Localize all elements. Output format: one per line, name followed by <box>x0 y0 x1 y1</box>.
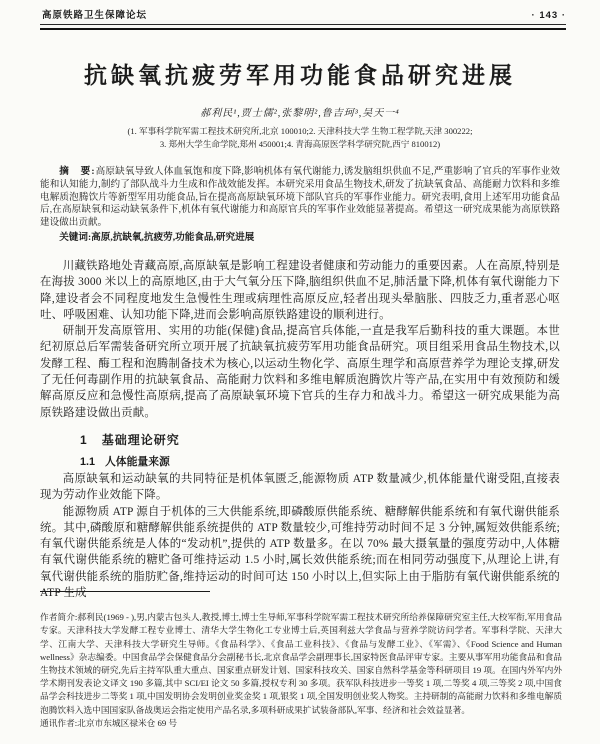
header-forum-title: 高原铁路卫生保障论坛 <box>42 7 147 21</box>
abstract-label: 摘 要: <box>59 166 95 177</box>
section-1-1-number: 1.1 <box>80 456 95 468</box>
scanned-paper-page: 高原铁路卫生保障论坛 · 143 · 抗缺氧抗疲劳军用功能食品研究进展 郝利民¹… <box>0 0 600 744</box>
author-line: 郝利民¹,贾士儒²,张黎明²,鲁吉珂³,吴天一⁴ <box>40 104 560 119</box>
article-body: 川藏铁路地处青藏高原,高原缺氧是影响工程建设者健康和劳动能力的重要因素。人在高原… <box>40 258 560 601</box>
body-paragraph-4: 能源物质 ATP 源自于机体的三大供能系统,即磷酸原供能系统、糖酵解供能系统和有… <box>40 504 560 602</box>
page-header: 高原铁路卫生保障论坛 · 143 · <box>0 0 600 21</box>
section-1-number: 1 <box>80 433 88 447</box>
article-title: 抗缺氧抗疲劳军用功能食品研究进展 <box>40 57 560 90</box>
footnote-divider-rule <box>40 591 210 592</box>
corresponding-author-line: 通讯作者:北京市东城区禄米仓 69 号 <box>40 717 562 730</box>
affiliations-block: (1. 军事科学院军需工程技术研究所,北京 100010;2. 天津科技大学 生… <box>52 125 548 151</box>
keywords-text: 高原,抗缺氧,抗疲劳,功能食品,研究进展 <box>91 232 254 243</box>
header-page-number: · 143 · <box>532 10 566 21</box>
footnote-block: 作者简介:郝利民(1969 - ),男,内蒙古包头人,教授,博士,博士生导师,军… <box>40 611 562 730</box>
abstract-text: 高原缺氧导致人体血氧饱和度下降,影响机体有氧代谢能力,诱发脑组织供血不足,严重影… <box>40 166 560 228</box>
affiliation-line-1: (1. 军事科学院军需工程技术研究所,北京 100010;2. 天津科技大学 生… <box>52 125 548 138</box>
keywords-label: 关键词: <box>59 232 91 243</box>
header-divider-rule <box>40 24 566 30</box>
section-1-1-heading: 1.1人体能量来源 <box>80 454 520 469</box>
author-bio: 作者简介:郝利民(1969 - ),男,内蒙古包头人,教授,博士,博士生导师,军… <box>40 611 562 717</box>
abstract-paragraph: 摘 要:高原缺氧导致人体血氧饱和度下降,影响机体有氧代谢能力,诱发脑组织供血不足… <box>40 166 560 230</box>
affiliation-line-2: 3. 郑州大学生命学院,郑州 450001;4. 青海高原医学科学研究院,西宁 … <box>52 138 548 151</box>
body-paragraph-3: 高原缺氧和运动缺氧的共同特征是机体氧匮乏,能源物质 ATP 数量减少,机体能量代… <box>40 471 560 504</box>
section-1-1-title: 人体能量来源 <box>105 456 170 468</box>
body-paragraph-1: 川藏铁路地处青藏高原,高原缺氧是影响工程建设者健康和劳动能力的重要因素。人在高原… <box>40 258 560 323</box>
keywords-line: 关键词:高原,抗缺氧,抗疲劳,功能食品,研究进展 <box>40 231 560 244</box>
section-1-title: 基础理论研究 <box>102 433 180 447</box>
section-1-heading: 1基础理论研究 <box>80 431 520 448</box>
body-paragraph-2: 研制开发高原管用、实用的功能(保健)食品,提高官兵体能,一直是我军后勤科技的重大… <box>40 323 560 421</box>
